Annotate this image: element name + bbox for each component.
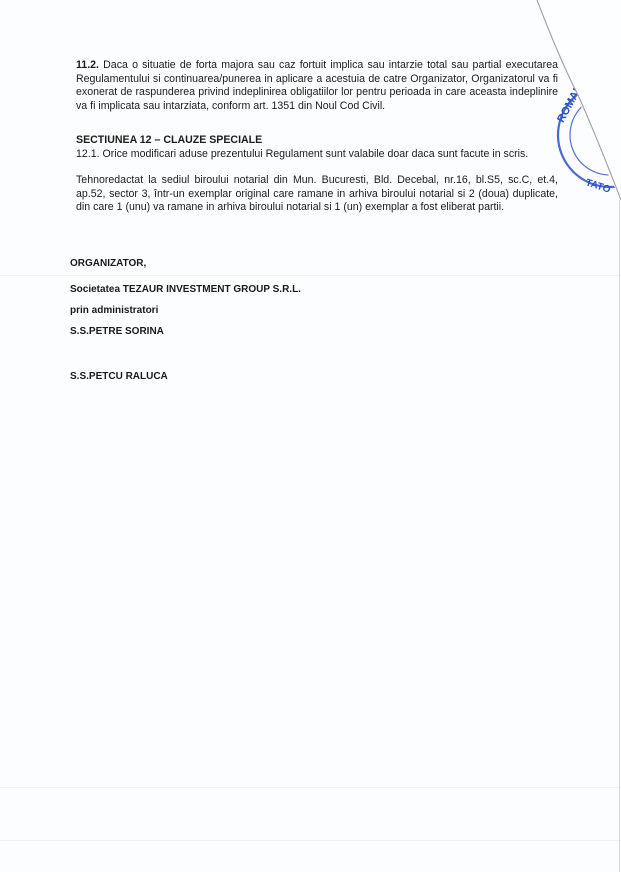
signature-via: prin administratori (70, 305, 158, 316)
section-12-title: SECTIUNEA 12 – CLAUZE SPECIALE (76, 134, 262, 148)
paragraph-text: Daca o situatie de forta majora sau caz … (76, 59, 558, 112)
notary-stamp-icon: ROMANIA TATO (555, 73, 621, 196)
svg-text:ROMANIA: ROMANIA (555, 73, 590, 125)
scan-artifact-line (0, 840, 621, 841)
signature-admin-2: S.S.PETCU RALUCA (70, 371, 168, 382)
tehnoredactat-paragraph: Tehnoredactat la sediul biroului notaria… (76, 174, 558, 215)
scan-artifact-line (0, 275, 621, 276)
page-edge-line (619, 200, 620, 872)
signature-admin-1: S.S.PETRE SORINA (70, 326, 164, 337)
svg-text:TATO: TATO (584, 177, 612, 195)
paragraph-12-1: 12.1. Orice modificari aduse prezentului… (76, 148, 561, 162)
paragraph-11-2: 11.2. Daca o situatie de forta majora sa… (76, 59, 558, 113)
scan-artifact-line (0, 787, 621, 788)
paragraph-number: 11.2. (76, 59, 99, 71)
document-page: 11.2. Daca o situatie de forta majora sa… (0, 0, 621, 872)
signature-role: ORGANIZATOR, (70, 258, 146, 269)
folded-corner-with-stamp: ROMANIA TATO (0, 0, 621, 872)
signature-company: Societatea TEZAUR INVESTMENT GROUP S.R.L… (70, 284, 301, 295)
